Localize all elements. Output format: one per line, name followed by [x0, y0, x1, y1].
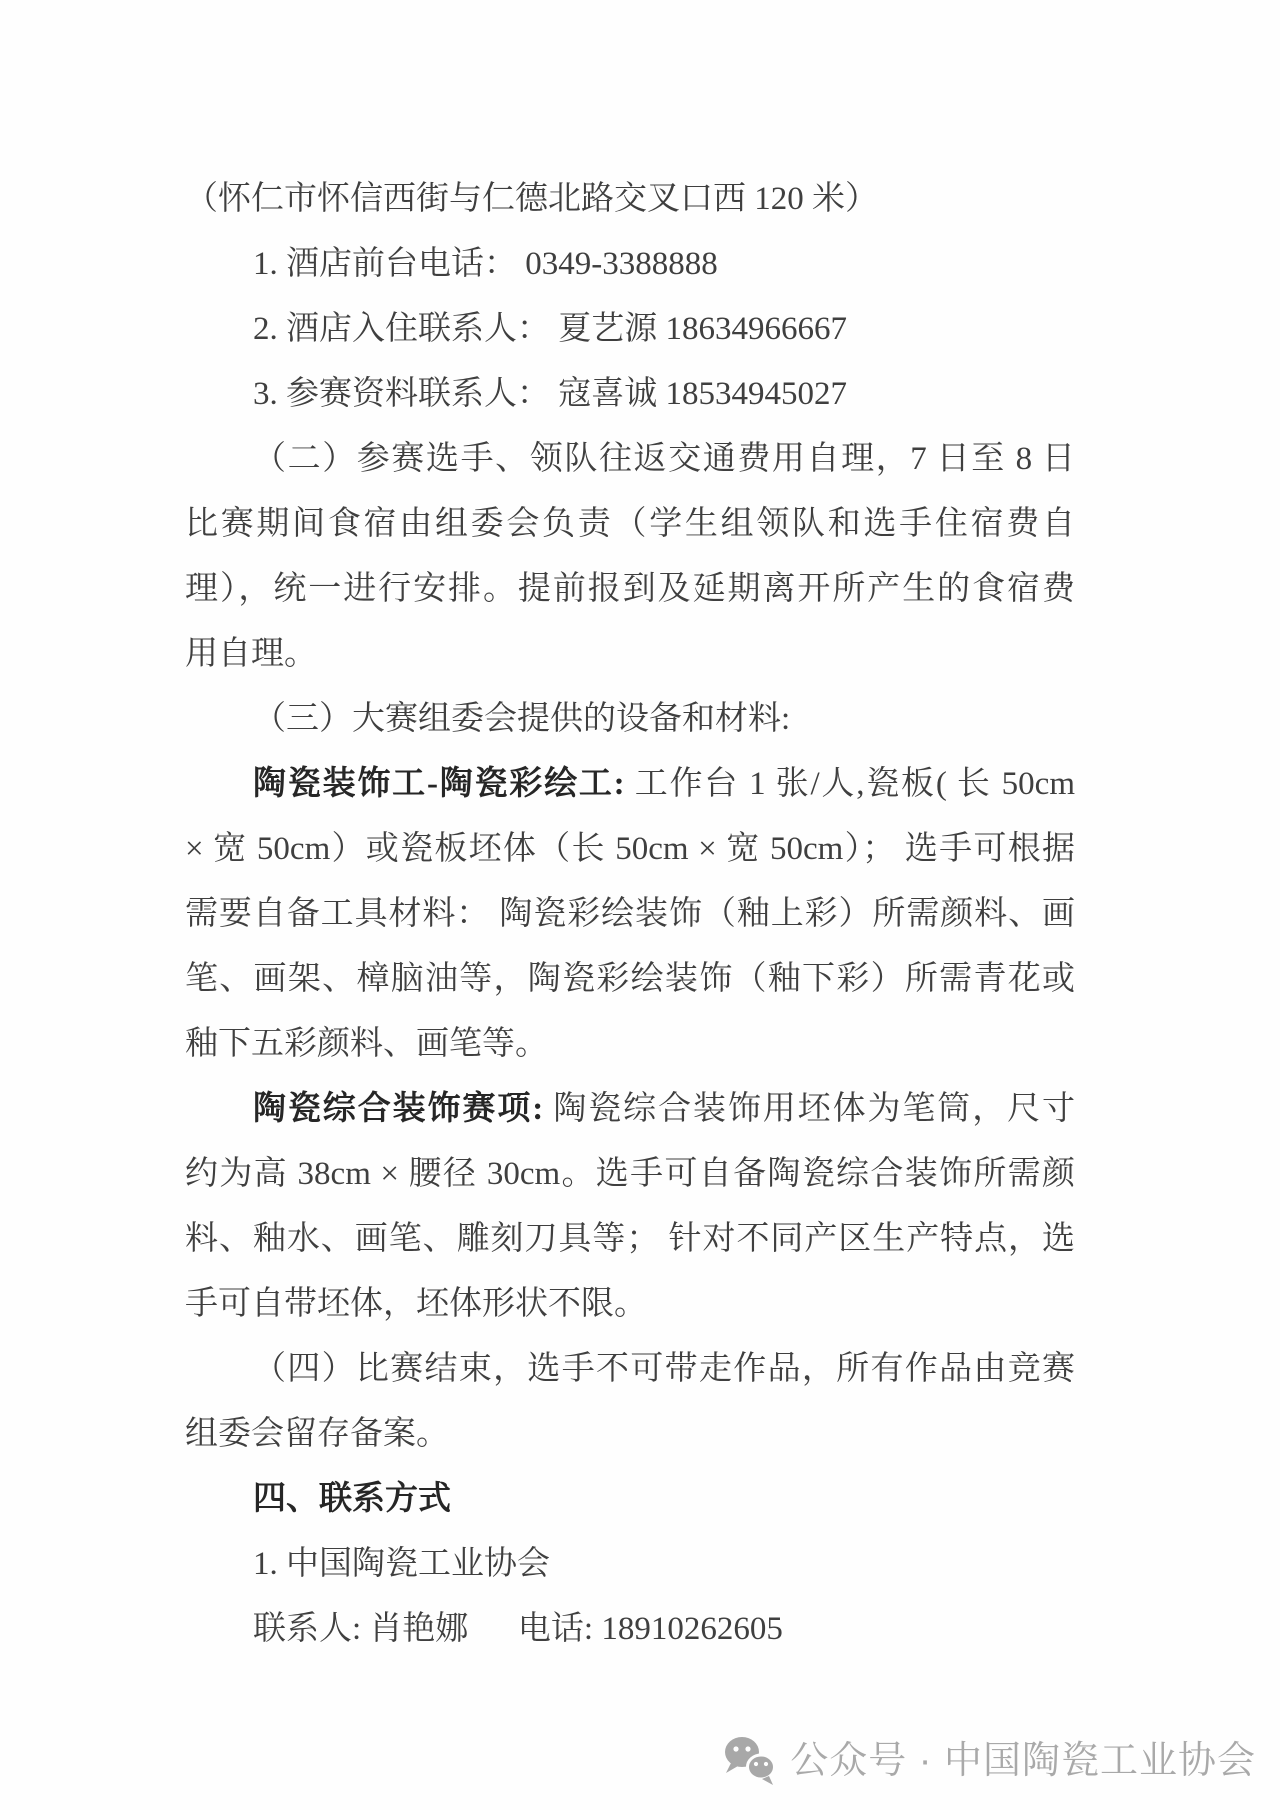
- line-segment: （怀仁市怀信西街与仁德北路交叉口西 120 米）: [185, 181, 878, 217]
- line-segment-bold: 陶瓷装饰工-陶瓷彩绘工:: [253, 766, 625, 802]
- document-line: 2. 酒店入住联系人： 夏艺源 18634966667: [185, 297, 1075, 362]
- line-segment: 陶瓷综合装饰用坯体为笔筒，尺寸: [543, 1091, 1075, 1127]
- line-segment: 约为高 38cm × 腰径 30cm。选手可自备陶瓷综合装饰所需颜: [185, 1156, 1075, 1192]
- line-segment: 3. 参赛资料联系人： 寇喜诚 18534945027: [253, 376, 847, 412]
- document-line: 比赛期间食宿由组委会负责（学生组领队和选手住宿费自: [185, 492, 1075, 557]
- document-line: 1. 中国陶瓷工业协会: [185, 1532, 1075, 1597]
- line-segment: 釉下五彩颜料、画笔等。: [185, 1026, 548, 1062]
- document-line: 3. 参赛资料联系人： 寇喜诚 18534945027: [185, 362, 1075, 427]
- wechat-watermark: 公众号 · 中国陶瓷工业协会: [722, 1736, 1256, 1786]
- line-segment: 料、釉水、画笔、雕刻刀具等； 针对不同产区生产特点，选: [185, 1221, 1075, 1257]
- document-line: 手可自带坯体，坯体形状不限。: [185, 1272, 1075, 1337]
- document-line: 四、联系方式: [185, 1467, 1075, 1532]
- line-segment: 联系人: 肖艳娜 电话: 18910262605: [253, 1611, 783, 1647]
- line-segment: 笔、画架、樟脑油等，陶瓷彩绘装饰（釉下彩）所需青花或: [185, 961, 1075, 997]
- line-segment: 2. 酒店入住联系人： 夏艺源 18634966667: [253, 311, 847, 347]
- line-segment: 工作台 1 张/人,瓷板( 长 50cm: [625, 766, 1075, 802]
- document-line: 料、釉水、画笔、雕刻刀具等； 针对不同产区生产特点，选: [185, 1207, 1075, 1272]
- line-segment: 比赛期间食宿由组委会负责（学生组领队和选手住宿费自: [185, 506, 1075, 542]
- line-segment: 1. 中国陶瓷工业协会: [253, 1546, 550, 1582]
- line-segment: 1. 酒店前台电话： 0349-3388888: [253, 246, 718, 282]
- document-line: （怀仁市怀信西街与仁德北路交叉口西 120 米）: [185, 167, 1075, 232]
- line-segment: 手可自带坯体，坯体形状不限。: [185, 1286, 647, 1322]
- document-line: （三）大赛组委会提供的设备和材料:: [185, 687, 1075, 752]
- line-segment: （二）参赛选手、领队往返交通费用自理，7 日至 8 日: [253, 441, 1075, 477]
- document-body: （怀仁市怀信西街与仁德北路交叉口西 120 米）1. 酒店前台电话： 0349-…: [185, 167, 1075, 1662]
- document-line: 陶瓷综合装饰赛项: 陶瓷综合装饰用坯体为笔筒，尺寸: [185, 1077, 1075, 1142]
- document-line: （四）比赛结束，选手不可带走作品，所有作品由竞赛: [185, 1337, 1075, 1402]
- document-lines: （怀仁市怀信西街与仁德北路交叉口西 120 米）1. 酒店前台电话： 0349-…: [185, 167, 1075, 1662]
- line-segment: 组委会留存备案。: [185, 1416, 449, 1452]
- line-segment: 理），统一进行安排。提前报到及延期离开所产生的食宿费: [185, 571, 1075, 607]
- line-segment: 用自理。: [185, 636, 317, 672]
- document-line: 用自理。: [185, 622, 1075, 687]
- line-segment-bold: 陶瓷综合装饰赛项:: [253, 1091, 543, 1127]
- document-line: 需要自备工具材料： 陶瓷彩绘装饰（釉上彩）所需颜料、画: [185, 882, 1075, 947]
- document-line: 陶瓷装饰工-陶瓷彩绘工: 工作台 1 张/人,瓷板( 长 50cm: [185, 752, 1075, 817]
- document-line: （二）参赛选手、领队往返交通费用自理，7 日至 8 日: [185, 427, 1075, 492]
- line-segment: 需要自备工具材料： 陶瓷彩绘装饰（釉上彩）所需颜料、画: [185, 896, 1075, 932]
- wechat-account-label: 公众号 · 中国陶瓷工业协会: [790, 1738, 1256, 1784]
- document-line: 联系人: 肖艳娜 电话: 18910262605: [185, 1597, 1075, 1662]
- line-segment: × 宽 50cm）或瓷板坯体（长 50cm × 宽 50cm）； 选手可根据: [185, 831, 1075, 867]
- document-line: 1. 酒店前台电话： 0349-3388888: [185, 232, 1075, 297]
- line-segment: （三）大赛组委会提供的设备和材料:: [253, 701, 790, 737]
- line-segment: （四）比赛结束，选手不可带走作品，所有作品由竞赛: [253, 1351, 1075, 1387]
- document-line: 釉下五彩颜料、画笔等。: [185, 1012, 1075, 1077]
- document-line: 理），统一进行安排。提前报到及延期离开所产生的食宿费: [185, 557, 1075, 622]
- line-segment-bold: 四、联系方式: [253, 1481, 451, 1517]
- document-line: 组委会留存备案。: [185, 1402, 1075, 1467]
- wechat-icon: [722, 1736, 778, 1786]
- document-line: × 宽 50cm）或瓷板坯体（长 50cm × 宽 50cm）； 选手可根据: [185, 817, 1075, 882]
- document-line: 约为高 38cm × 腰径 30cm。选手可自备陶瓷综合装饰所需颜: [185, 1142, 1075, 1207]
- document-line: 笔、画架、樟脑油等，陶瓷彩绘装饰（釉下彩）所需青花或: [185, 947, 1075, 1012]
